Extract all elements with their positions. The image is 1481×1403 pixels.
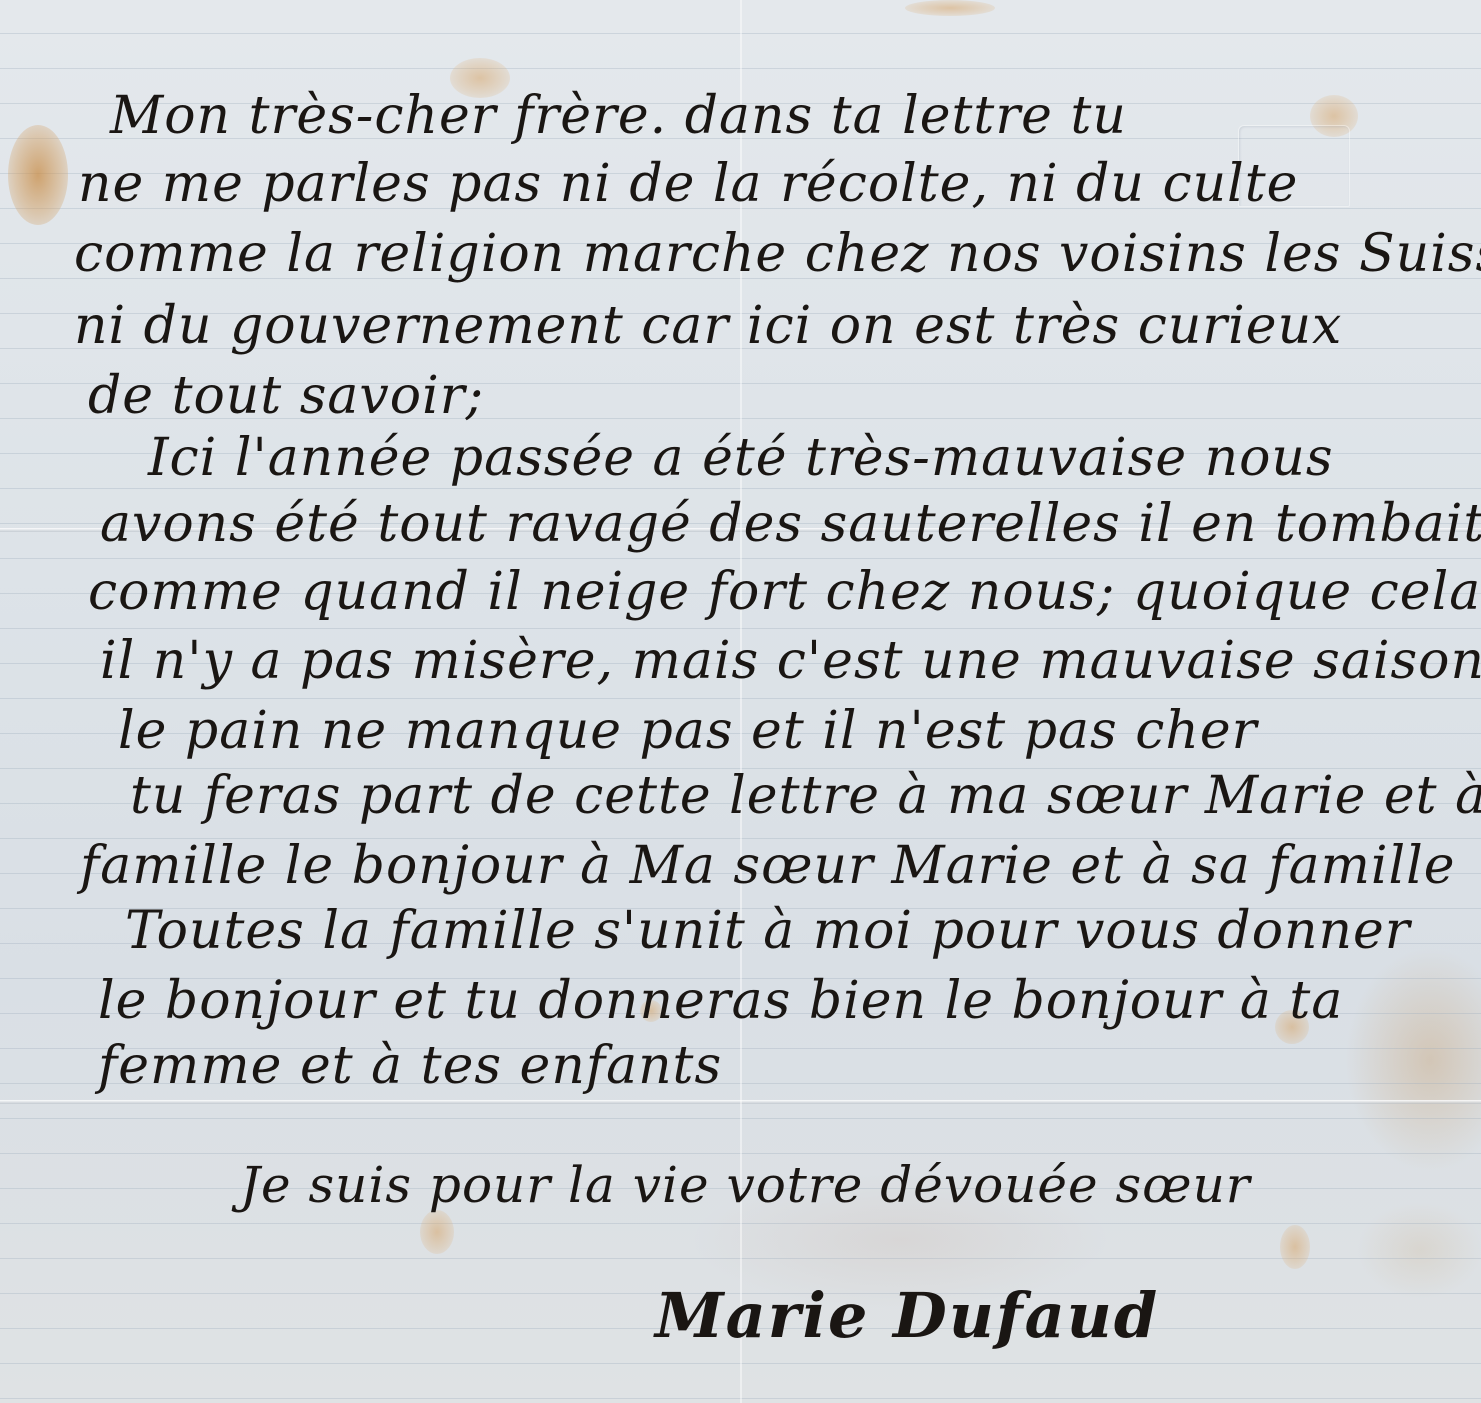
letter-closing: Je suis pour la vie votre dévouée sœur (240, 1160, 1251, 1210)
foxing-stain (1280, 1225, 1310, 1269)
letter-line-12: famille le bonjour à Ma sœur Marie et à … (80, 840, 1456, 892)
letter-line-3: comme la religion marche chez nos voisin… (74, 228, 1481, 280)
letter-page: Mon très-cher frère. dans ta lettre tu n… (0, 0, 1481, 1403)
fold-line-horizontal (0, 1100, 1481, 1104)
foxing-stain (8, 125, 68, 225)
letter-line-1: Mon très-cher frère. dans ta lettre tu (110, 90, 1127, 142)
letter-line-14: le bonjour et tu donneras bien le bonjou… (98, 975, 1343, 1027)
letter-signature: Marie Dufaud (655, 1285, 1159, 1347)
foxing-stain (420, 1210, 454, 1254)
letter-line-13: Toutes la famille s'unit à moi pour vous… (125, 905, 1411, 957)
foxing-stain (905, 0, 995, 16)
letter-line-8: comme quand il neige fort chez nous; quo… (88, 566, 1481, 618)
letter-line-10: le pain ne manque pas et il n'est pas ch… (118, 705, 1257, 757)
letter-line-5: de tout savoir; (88, 370, 484, 422)
letter-line-2: ne me parles pas ni de la récolte, ni du… (78, 158, 1298, 210)
letter-line-4: ni du gouvernement car ici on est très c… (74, 300, 1342, 352)
letter-line-6: Ici l'année passée a été très-mauvaise n… (148, 432, 1334, 484)
letter-line-7: avons été tout ravagé des sauterelles il… (100, 498, 1481, 550)
letter-line-11: tu feras part de cette lettre à ma sœur … (130, 770, 1481, 822)
letter-line-9: il n'y a pas misère, mais c'est une mauv… (100, 635, 1481, 687)
letter-line-15: femme et à tes enfants (98, 1040, 722, 1092)
